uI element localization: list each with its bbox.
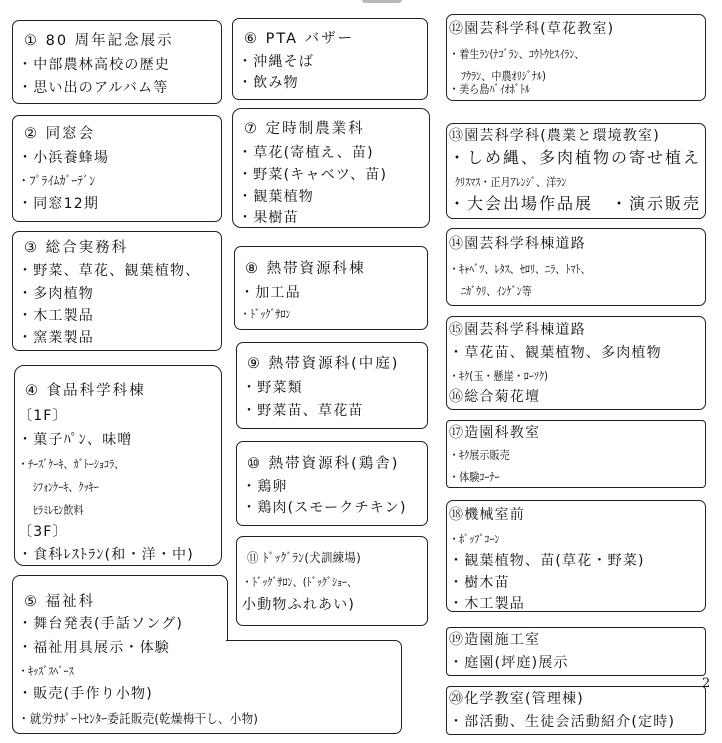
booth-13-item: ・しめ縄、多肉植物の寄せ植え — [449, 150, 701, 166]
booth-2-title: ② 同窓会 — [24, 126, 95, 142]
booth-5-item: ・ｷｯｽﾞｽﾍﾟｰｽ — [18, 663, 74, 679]
booth-4-item: ・食科ﾚｽﾄﾗﾝ(和・洋・中) — [18, 547, 194, 563]
booth-8-box: ⑧ 熱帯資源科棟 ・加工品 ・ﾄﾞｯｸﾞｻﾛﾝ — [234, 246, 428, 330]
booth-1-box: ① 80 周年記念展示 ・中部農林高校の歴史 ・思い出のアルバム等 — [12, 20, 222, 104]
booth-13-box: ⑬園芸科学科(農業と環境教室) ・しめ縄、多肉植物の寄せ植え ｸﾘｽﾏｽ・正月ｱ… — [446, 123, 706, 219]
booth-1-title: ① 80 周年記念展示 — [24, 33, 174, 49]
booth-6-title: ⑥ PTA バザー — [244, 31, 354, 47]
booth-5-title: ⑤ 福祉科 — [24, 594, 95, 610]
booth-15-item: ・草花苗、観葉植物、多肉植物 — [449, 345, 662, 361]
booth-2-item: ・小浜養蜂場 — [18, 150, 109, 166]
booth-1-item: ・中部農林高校の歴史 — [18, 57, 170, 73]
booth-5-item: ・福祉用具展示・体験 — [18, 640, 170, 656]
booth-7-title: ⑦ 定時制農業科 — [244, 121, 365, 137]
booth-9-title: ⑨ 熱帯資源科(中庭) — [247, 356, 399, 372]
booth-4-item: ｼﾌｫﾝｹｰｷ、ｸｯｷｰ — [33, 479, 99, 495]
booth-11-title: ⑪ ﾄﾞｯｸﾞﾗﾝ(犬訓練場) — [247, 550, 361, 566]
booth-9-box: ⑨ 熱帯資源科(中庭) ・野菜類 ・野菜苗、草花苗 — [236, 342, 428, 429]
booth-4-floor-label: 〔3F〕 — [18, 524, 68, 540]
booth-18-item: ・ﾎﾟｯﾌﾟｺｰﾝ — [449, 531, 500, 547]
booth-7-item: ・野菜(キャベツ、苗) — [238, 167, 387, 183]
booth-14-item: ・ｷｬﾍﾞﾂ、ﾚﾀｽ、ｾﾛﾘ、ﾆﾗ、ﾄﾏﾄ、 — [449, 261, 591, 277]
booth-3-item: ・窯業製品 — [18, 330, 94, 346]
booth-8-title: ⑧ 熱帯資源科棟 — [245, 261, 366, 277]
booth-4-box: ④ 食品科学科棟 〔1F〕 ・菓子ﾊﾟﾝ、味噌 ・ﾁｰｽﾞｹｰｷ、ｶﾞﾄｰｼｮｺ… — [14, 365, 222, 566]
booth-12-title: ⑫園芸科学科(草花教室) — [449, 21, 614, 37]
booth-14-title: ⑭園芸科学科棟道路 — [449, 236, 586, 252]
booth-6-box: ⑥ PTA バザー ・沖縄そば ・飲み物 — [232, 18, 428, 100]
booth-14-item: ﾆｶﾞｳﾘ、ｲﾝｹﾞﾝ等 — [461, 283, 532, 299]
booth-2-item: ・ﾌﾟﾗｲﾑｶﾞｰﾃﾞﾝ — [18, 173, 95, 189]
booth-11-item: 小動物ふれあい) — [242, 597, 355, 613]
booth-9-item: ・野菜苗、草花苗 — [242, 403, 364, 419]
booth-13-title: ⑬園芸科学科(農業と環境教室) — [449, 128, 660, 144]
booth-13-item: ・大会出場作品展 ・演示販売 — [449, 196, 701, 212]
booth-4-floor-label: 〔1F〕 — [18, 408, 68, 424]
booth-4-title: ④ 食品科学科棟 — [25, 383, 146, 399]
booth-18-box: ⑱機械室前 ・ﾎﾟｯﾌﾟｺｰﾝ ・観葉植物、苗(草花・野菜) ・樹木苗 ・木工製… — [446, 500, 706, 612]
booth-16-title: ⑯総合菊花壇 — [449, 389, 540, 405]
top-decoration — [362, 0, 402, 3]
booth-5-item: ・舞台発表(手話ソング) — [18, 616, 183, 632]
booth-3-title: ③ 総合実務科 — [24, 240, 128, 256]
booth-18-item: ・樹木苗 — [449, 575, 510, 591]
booth-7-box: ⑦ 定時制農業科 ・草花(寄植え、苗) ・野菜(キャベツ、苗) ・観葉植物 ・果… — [232, 108, 430, 228]
booth-5-item: ・販売(手作り小物) — [18, 686, 153, 702]
booth-20-box: ⑳化学教室(管理棟) ・部活動、生徒会活動紹介(定時) — [446, 686, 706, 735]
booth-4-item: ・菓子ﾊﾟﾝ、味噌 — [18, 432, 133, 448]
booth-4-item: ・ﾁｰｽﾞｹｰｷ、ｶﾞﾄｰｼｮｺﾗ、 — [18, 456, 124, 472]
booth-7-item: ・草花(寄植え、苗) — [238, 145, 374, 161]
booth-20-title: ⑳化学教室(管理棟) — [449, 691, 584, 707]
booth-10-item: ・鶏肉(スモークチキン) — [242, 500, 407, 516]
booth-10-box: ⑩ 熱帯資源科(鶏舎) ・鶏卵 ・鶏肉(スモークチキン) — [236, 441, 428, 526]
booth-10-title: ⑩ 熱帯資源科(鶏舎) — [247, 456, 399, 472]
booth-17-box: ⑰造園科教室 ・ｷｸ展示販売 ・体験ｺｰﾅｰ — [446, 420, 706, 488]
booth-3-item: ・多肉植物 — [18, 286, 94, 302]
booth-13-item: ｸﾘｽﾏｽ・正月ｱﾚﾝｼﾞ、洋ﾗﾝ — [455, 174, 566, 190]
booth-12-item: ・美ら島ﾊﾞｲｵﾎﾞﾄﾙ — [449, 81, 530, 97]
booth-7-item: ・観葉植物 — [238, 189, 314, 205]
booth-12-item: ・着生ﾗﾝ(ﾅｺﾞﾗﾝ、ｺｳﾄｳﾋｽｲﾗﾝ、 — [449, 46, 585, 62]
booth-11-item: ・ﾄﾞｯｸﾞｻﾛﾝ、(ﾄﾞｯｸﾞｼｮｰ、 — [242, 574, 357, 590]
booth-3-item: ・野菜、草花、観葉植物、 — [18, 263, 200, 279]
booth-19-item: ・庭園(坪庭)展示 — [449, 655, 569, 671]
booth-19-title: ⑲造園施工室 — [449, 632, 540, 648]
booth-20-item: ・部活動、生徒会活動紹介(定時) — [449, 714, 675, 730]
booth-14-box: ⑭園芸科学科棟道路 ・ｷｬﾍﾞﾂ、ﾚﾀｽ、ｾﾛﾘ、ﾆﾗ、ﾄﾏﾄ、 ﾆｶﾞｳﾘ、ｲ… — [446, 228, 706, 306]
booth-15-title: ⑮園芸科学科棟道路 — [449, 322, 586, 338]
booth-3-box: ③ 総合実務科 ・野菜、草花、観葉植物、 ・多肉植物 ・木工製品 ・窯業製品 — [12, 231, 222, 351]
booth-17-title: ⑰造園科教室 — [449, 425, 540, 441]
booth-8-item: ・ﾄﾞｯｸﾞｻﾛﾝ — [240, 306, 291, 322]
booth-9-item: ・野菜類 — [242, 380, 303, 396]
booth-5-item: ・就労ｻﾎﾟｰﾄｾﾝﾀｰ委託販売(乾燥梅干し、小物) — [18, 711, 258, 727]
booth-15-item: ・ｷｸ(玉・懸崖・ﾛｰｿｸ) — [449, 368, 548, 384]
booth-19-box: ⑲造園施工室 ・庭園(坪庭)展示 — [446, 627, 706, 676]
booth-18-item: ・木工製品 — [449, 596, 525, 612]
booth-12-box: ⑫園芸科学科(草花教室) ・着生ﾗﾝ(ﾅｺﾞﾗﾝ、ｺｳﾄｳﾋｽｲﾗﾝ、 ﾌｳﾗﾝ… — [446, 14, 706, 101]
booth-15-box: ⑮園芸科学科棟道路 ・草花苗、観葉植物、多肉植物 ・ｷｸ(玉・懸崖・ﾛｰｿｸ) … — [446, 316, 706, 410]
booth-6-item: ・飲み物 — [238, 75, 299, 91]
booth-18-title: ⑱機械室前 — [449, 507, 525, 523]
booth-5-border-upper-right — [216, 575, 228, 641]
booth-4-item: ﾋﾗﾐﾚﾓﾝ飲料 — [33, 502, 84, 518]
booth-10-item: ・鶏卵 — [242, 479, 288, 495]
booth-2-item: ・同窓12期 — [18, 196, 99, 212]
booth-6-item: ・沖縄そば — [238, 54, 314, 70]
booth-3-item: ・木工製品 — [18, 308, 94, 324]
booth-18-item: ・観葉植物、苗(草花・野菜) — [449, 553, 645, 569]
booth-2-box: ② 同窓会 ・小浜養蜂場 ・ﾌﾟﾗｲﾑｶﾞｰﾃﾞﾝ ・同窓12期 — [12, 115, 222, 222]
booth-8-item: ・加工品 — [240, 285, 301, 301]
booth-7-item: ・果樹苗 — [238, 210, 299, 226]
booth-11-box: ⑪ ﾄﾞｯｸﾞﾗﾝ(犬訓練場) ・ﾄﾞｯｸﾞｻﾛﾝ、(ﾄﾞｯｸﾞｼｮｰ、 小動物… — [236, 536, 428, 626]
booth-1-item: ・思い出のアルバム等 — [18, 80, 168, 96]
booth-17-item: ・体験ｺｰﾅｰ — [449, 469, 500, 485]
booth-17-item: ・ｷｸ展示販売 — [449, 447, 510, 463]
